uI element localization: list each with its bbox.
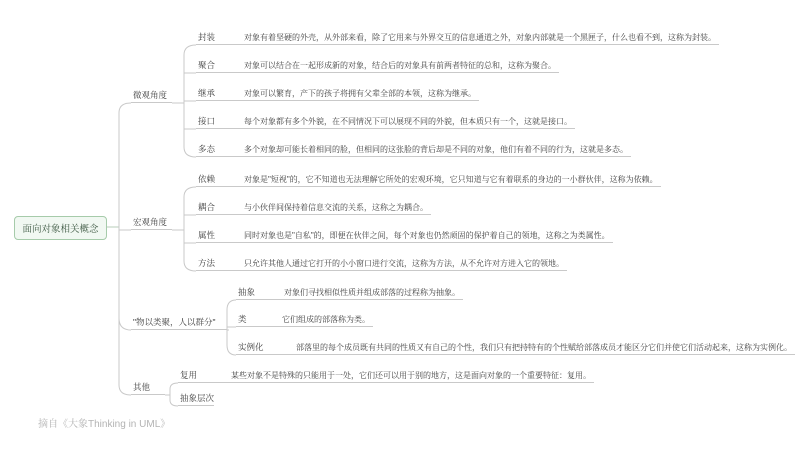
topic-row-polymorphism: 多态 多个对象却可能长着相同的脸，但相同的这张脸的背后却是不同的对象，他们有着不… bbox=[196, 143, 631, 157]
note-attribute[interactable]: 同时对象也是"自私"的，即便在伙伴之间，每个对象也仍然顽固的保护着自己的领地，这… bbox=[243, 229, 613, 243]
note-coupling[interactable]: 与小伙伴间保持着信息交流的关系，这称之为耦合。 bbox=[243, 201, 431, 215]
connector-branch2-bracket bbox=[184, 187, 196, 271]
connector-branch4-bracket bbox=[170, 383, 178, 406]
topic-abstraction[interactable]: 抽象 bbox=[236, 286, 283, 300]
topic-row-abstraction: 抽象 对象们寻找相似性质并组成部落的过程称为抽象。 bbox=[236, 286, 463, 300]
topic-abstraction-level[interactable]: 抽象层次 bbox=[178, 392, 214, 406]
note-aggregation[interactable]: 对象可以结合在一起形成新的对象，结合后的对象具有前两者特征的总和，这称为聚合。 bbox=[243, 59, 559, 73]
note-interface[interactable]: 每个对象都有多个外貌，在不同情况下可以展现不同的外貌，但本质只有一个，这就是接口… bbox=[243, 115, 575, 129]
root-topic-label: 面向对象相关概念 bbox=[22, 221, 98, 235]
branch-micro-view[interactable]: 微观角度 bbox=[131, 89, 172, 103]
note-inheritance[interactable]: 对象可以繁育，产下的孩子将拥有父辈全部的本领，这称为继承。 bbox=[243, 87, 479, 101]
source-caption: 摘自《大象Thinking in UML》 bbox=[38, 415, 170, 430]
topic-dependency[interactable]: 依赖 bbox=[196, 173, 243, 187]
branch-other[interactable]: 其他 bbox=[131, 381, 165, 395]
topic-row-aggregation: 聚合 对象可以结合在一起形成新的对象，结合后的对象具有前两者特征的总和，这称为聚… bbox=[196, 59, 559, 73]
root-topic[interactable]: 面向对象相关概念 bbox=[14, 216, 107, 240]
topic-reuse[interactable]: 复用 bbox=[178, 369, 230, 383]
mindmap-canvas: 面向对象相关概念 微观角度 宏观角度 "物以类聚，人以群分" 其他 封装 对象有… bbox=[0, 0, 800, 450]
topic-coupling[interactable]: 耦合 bbox=[196, 201, 243, 215]
topic-row-reuse: 复用 某些对象不是特殊的只能用于一处，它们还可以用于别的地方，这是面向对象的一个… bbox=[178, 369, 594, 383]
topic-attribute[interactable]: 属性 bbox=[196, 229, 243, 243]
connector-branch3-bracket bbox=[227, 300, 236, 355]
note-dependency[interactable]: 对象是"短视"的，它不知道也无法理解它所处的宏观环境，它只知道与它有着联系的身边… bbox=[243, 173, 661, 187]
topic-row-encapsulation: 封装 对象有着坚硬的外壳，从外部来看，除了它用来与外界交互的信息通道之外，对象内… bbox=[196, 31, 719, 45]
topic-instantiation[interactable]: 实例化 bbox=[236, 341, 295, 355]
note-class[interactable]: 它们组成的部落称为类。 bbox=[281, 313, 373, 327]
topic-row-coupling: 耦合 与小伙伴间保持着信息交流的关系，这称之为耦合。 bbox=[196, 201, 431, 215]
connector-branch1-bracket bbox=[184, 45, 196, 157]
connector-main-rail bbox=[119, 103, 131, 395]
topic-inheritance[interactable]: 继承 bbox=[196, 87, 243, 101]
topic-interface[interactable]: 接口 bbox=[196, 115, 243, 129]
topic-row-interface: 接口 每个对象都有多个外貌，在不同情况下可以展现不同的外貌，但本质只有一个，这就… bbox=[196, 115, 575, 129]
branch-macro-view[interactable]: 宏观角度 bbox=[131, 216, 172, 230]
topic-row-dependency: 依赖 对象是"短视"的，它不知道也无法理解它所处的宏观环境，它只知道与它有着联系… bbox=[196, 173, 661, 187]
topic-row-abstraction-level: 抽象层次 bbox=[178, 392, 214, 406]
topic-row-attribute: 属性 同时对象也是"自私"的，即便在伙伴之间，每个对象也仍然顽固的保护着自己的领… bbox=[196, 229, 613, 243]
note-polymorphism[interactable]: 多个对象却可能长着相同的脸，但相同的这张脸的背后却是不同的对象，他们有着不同的行… bbox=[243, 143, 631, 157]
note-encapsulation[interactable]: 对象有着坚硬的外壳，从外部来看，除了它用来与外界交互的信息通道之外，对象内部就是… bbox=[243, 31, 719, 45]
topic-row-inheritance: 继承 对象可以繁育，产下的孩子将拥有父辈全部的本领，这称为继承。 bbox=[196, 87, 479, 101]
topic-class[interactable]: 类 bbox=[236, 313, 281, 327]
topic-polymorphism[interactable]: 多态 bbox=[196, 143, 243, 157]
branch-clustering[interactable]: "物以类聚，人以群分" bbox=[131, 316, 227, 330]
topic-row-method: 方法 只允许其他人通过它打开的小小窗口进行交流，这称为方法，从不允许对方进入它的… bbox=[196, 257, 567, 271]
note-instantiation[interactable]: 部落里的每个成员既有共同的性质又有自己的个性，我们只有把持特有的个性赋给部落成员… bbox=[295, 341, 795, 355]
topic-row-instantiation: 实例化 部落里的每个成员既有共同的性质又有自己的个性，我们只有把持特有的个性赋给… bbox=[236, 341, 795, 355]
note-reuse[interactable]: 某些对象不是特殊的只能用于一处，它们还可以用于别的地方，这是面向对象的一个重要特… bbox=[230, 369, 594, 383]
topic-encapsulation[interactable]: 封装 bbox=[196, 31, 243, 45]
topic-method[interactable]: 方法 bbox=[196, 257, 243, 271]
note-abstraction[interactable]: 对象们寻找相似性质并组成部落的过程称为抽象。 bbox=[283, 286, 463, 300]
note-method[interactable]: 只允许其他人通过它打开的小小窗口进行交流，这称为方法，从不允许对方进入它的领地。 bbox=[243, 257, 567, 271]
connector-branch3-stub bbox=[119, 318, 131, 330]
topic-aggregation[interactable]: 聚合 bbox=[196, 59, 243, 73]
topic-row-class: 类 它们组成的部落称为类。 bbox=[236, 313, 373, 327]
